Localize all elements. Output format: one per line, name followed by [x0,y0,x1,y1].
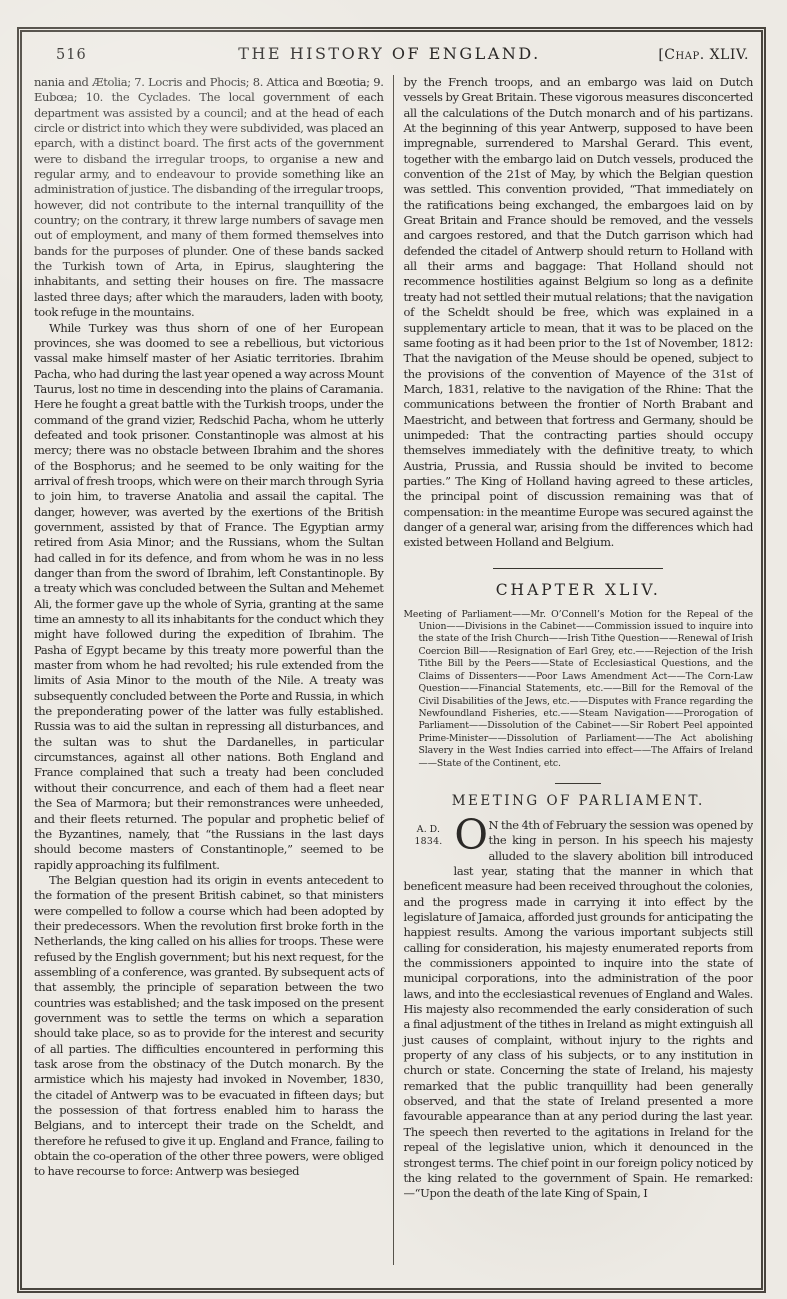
drop-cap-letter: O [454,818,489,849]
margin-note-year: 1834. [404,836,454,848]
book-title: THE HISTORY OF ENGLAND. [148,44,631,63]
paragraph-continuation: nania and Ætolia; 7. Locris and Phocis; … [34,75,384,321]
paragraph-continuation: by the French troops, and an embargo was… [404,75,754,551]
page-number: 516 [36,47,148,63]
opening-text: N the 4th of February the session was op… [404,818,754,1200]
text-columns: nania and Ætolia; 7. Locris and Phocis; … [22,68,761,1265]
chapter-heading: CHAPTER XLIV. [404,581,754,599]
margin-note-ad: A. D. [404,824,454,836]
section-separator-rule [493,568,663,569]
paragraph: The Belgian question had its origin in e… [34,873,384,1180]
margin-note-date: A. D. 1834. [404,818,454,865]
chapter-summary: Meeting of Parliament——Mr. O’Connell’s M… [404,609,754,770]
left-column: nania and Ætolia; 7. Locris and Phocis; … [34,75,393,1265]
right-column: by the French troops, and an embargo was… [394,75,754,1265]
running-header: 516 THE HISTORY OF ENGLAND. [Chap. XLIV. [22,32,761,68]
summary-separator-rule [555,783,601,784]
book-page-scan: 516 THE HISTORY OF ENGLAND. [Chap. XLIV.… [0,0,787,1299]
opening-paragraph: A. D. 1834. O N the 4th of February the … [404,818,754,1202]
page-border-frame: 516 THE HISTORY OF ENGLAND. [Chap. XLIV.… [17,27,766,1293]
chapter-reference: [Chap. XLIV. [631,47,749,63]
paragraph: While Turkey was thus shorn of one of he… [34,321,384,873]
section-heading: MEETING OF PARLIAMENT. [404,793,754,809]
